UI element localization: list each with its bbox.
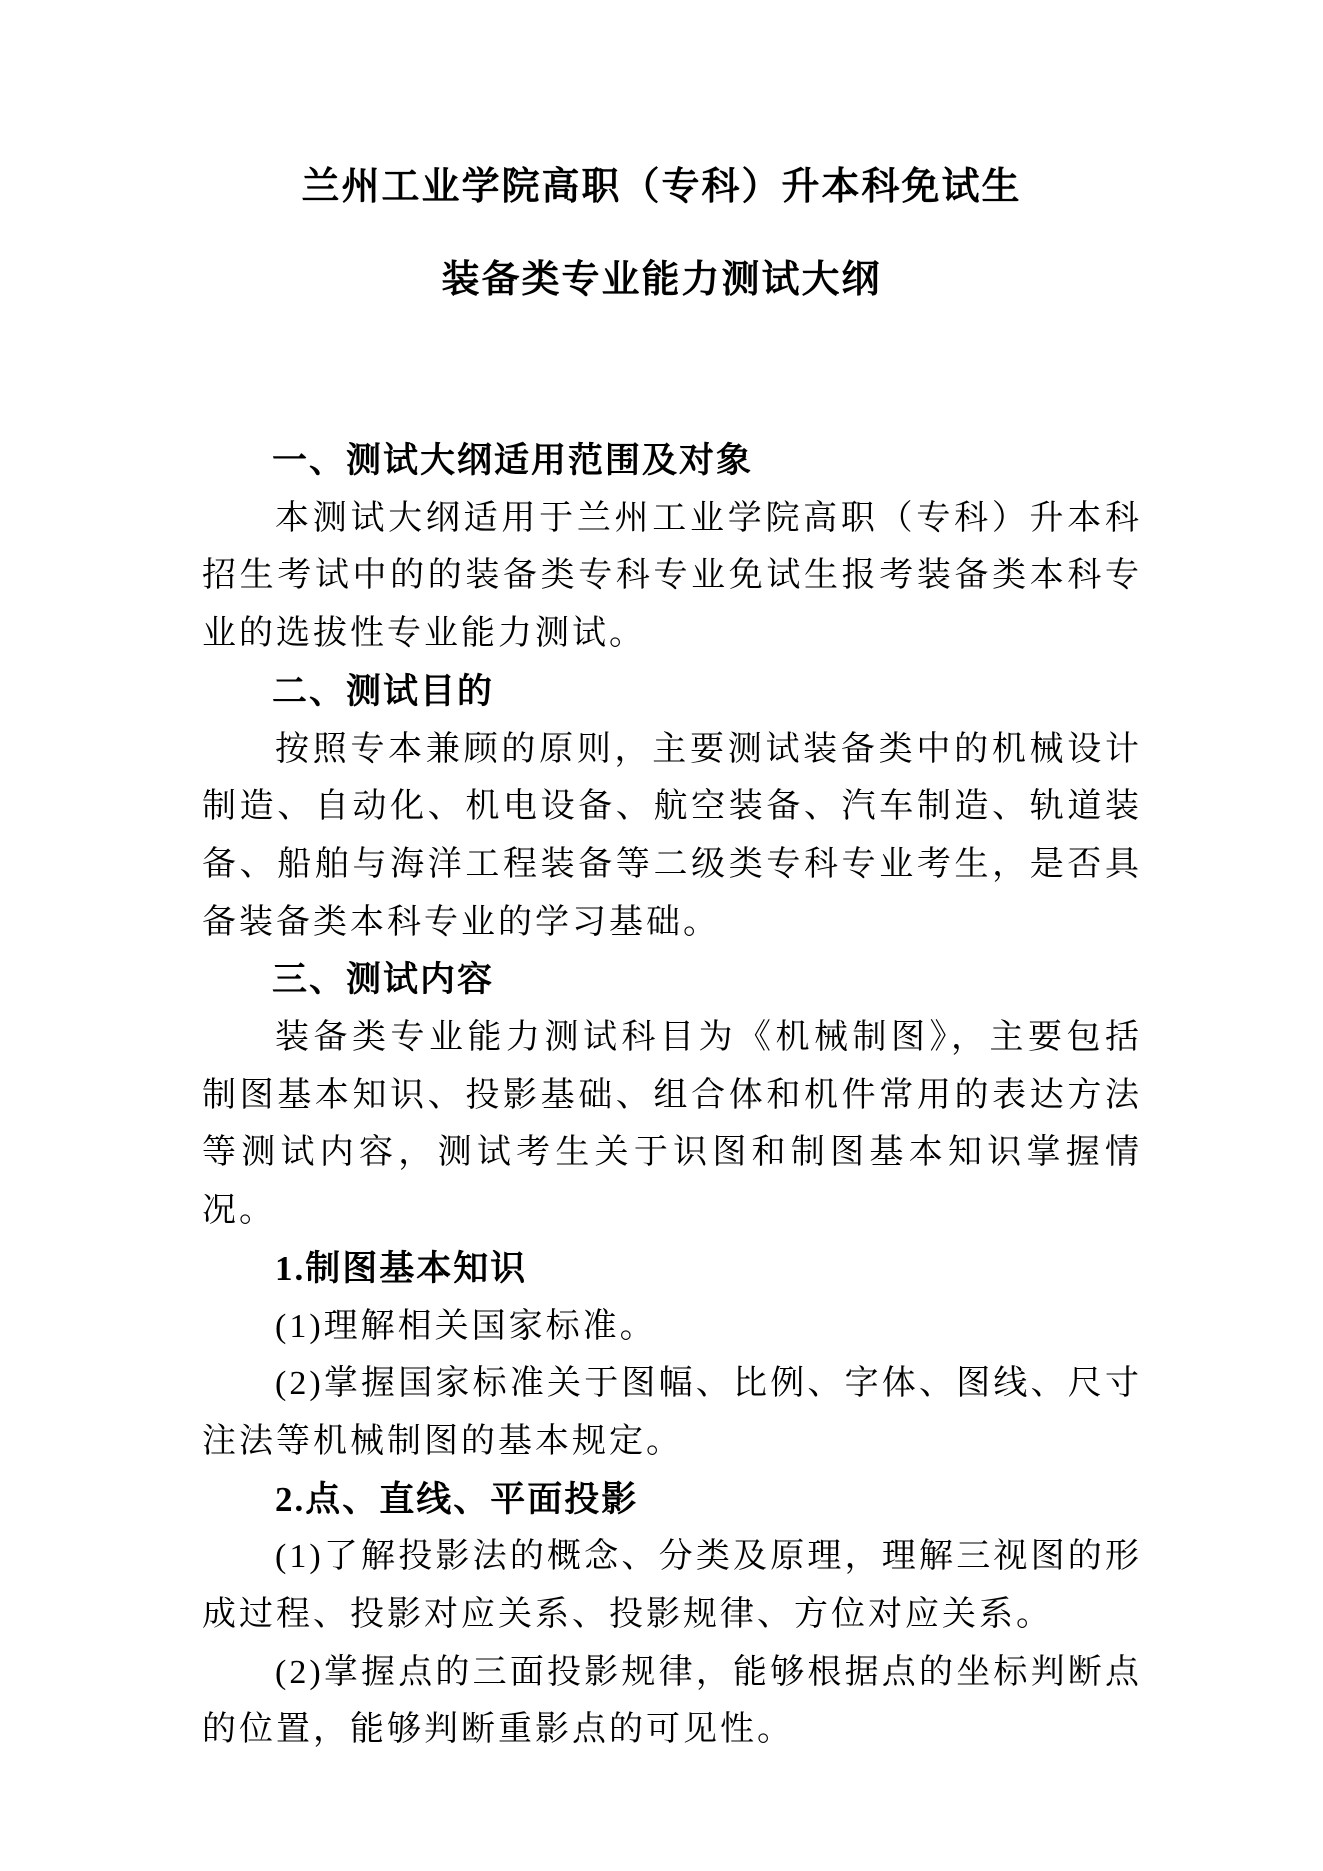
section-3-paragraph: 装备类专业能力测试科目为《机械制图》，主要包括制图基本知识、投影基础、组合体和机… — [202, 1009, 1142, 1240]
sub-2-item-1: (1)了解投影法的概念、分类及原理，理解三视图的形成过程、投影对应关系、投影规律… — [202, 1528, 1142, 1643]
section-2-paragraph: 按照专本兼顾的原则，主要测试装备类中的机械设计制造、自动化、机电设备、航空装备、… — [202, 721, 1142, 952]
section-heading-2: 二、测试目的 — [202, 663, 1142, 721]
document-body: 一、测试大纲适用范围及对象 本测试大纲适用于兰州工业学院高职（专科）升本科招生考… — [202, 432, 1142, 1759]
sub-2-item-2: (2)掌握点的三面投影规律，能够根据点的坐标判断点的位置，能够判断重影点的可见性… — [202, 1644, 1142, 1759]
section-heading-1: 一、测试大纲适用范围及对象 — [202, 432, 1142, 490]
document-page: 兰州工业学院高职（专科）升本科免试生 装备类专业能力测试大纲 一、测试大纲适用范… — [0, 0, 1323, 1871]
sub-heading-2: 2.点、直线、平面投影 — [202, 1471, 1142, 1529]
section-heading-3: 三、测试内容 — [202, 951, 1142, 1009]
document-title-line-1: 兰州工业学院高职（专科）升本科免试生 — [0, 141, 1323, 234]
sub-heading-1: 1.制图基本知识 — [202, 1240, 1142, 1298]
document-title: 兰州工业学院高职（专科）升本科免试生 装备类专业能力测试大纲 — [0, 0, 1323, 327]
section-1-paragraph: 本测试大纲适用于兰州工业学院高职（专科）升本科招生考试中的的装备类专科专业免试生… — [202, 490, 1142, 663]
sub-1-item-1: (1)理解相关国家标准。 — [202, 1298, 1142, 1356]
sub-1-item-2: (2)掌握国家标准关于图幅、比例、字体、图线、尺寸注法等机械制图的基本规定。 — [202, 1355, 1142, 1470]
document-title-line-2: 装备类专业能力测试大纲 — [0, 234, 1323, 327]
